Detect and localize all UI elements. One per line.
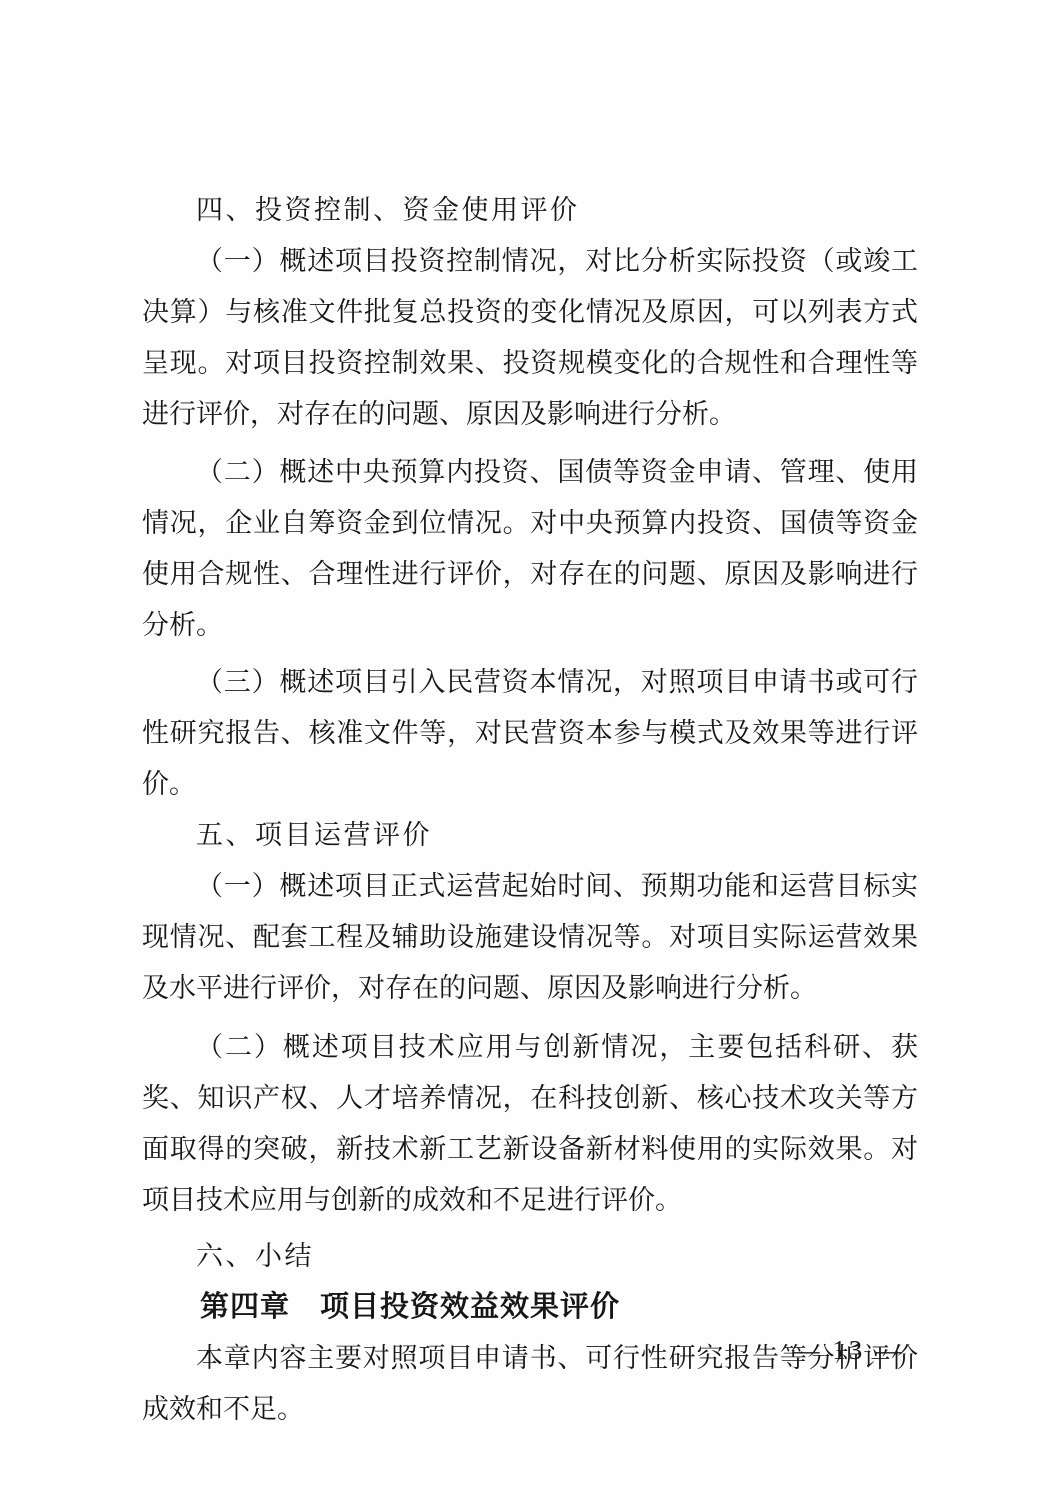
paragraph-investment-control-1: （一）概述项目投资控制情况，对比分析实际投资（或竣工决算）与核准文件批复总投资的… — [142, 236, 918, 440]
paragraph-private-capital: （三）概述项目引入民营资本情况，对照项目申请书或可行性研究报告、核准文件等，对民… — [142, 657, 918, 810]
paragraph-funds-usage: （二）概述中央预算内投资、国债等资金申请、管理、使用情况，企业自筹资金到位情况。… — [142, 447, 918, 651]
document-body: 四、投资控制、资金使用评价 （一）概述项目投资控制情况，对比分析实际投资（或竣工… — [142, 185, 918, 1435]
document-page: 四、投资控制、资金使用评价 （一）概述项目投资控制情况，对比分析实际投资（或竣工… — [0, 0, 1060, 1500]
section-heading-project-operation: 五、项目运营评价 — [142, 810, 918, 861]
section-heading-summary: 六、小结 — [142, 1231, 918, 1282]
paragraph-operation-status: （一）概述项目正式运营起始时间、预期功能和运营目标实现情况、配套工程及辅助设施建… — [142, 861, 918, 1014]
chapter-heading-benefit-evaluation: 第四章 项目投资效益效果评价 — [142, 1282, 918, 1333]
section-heading-investment-control: 四、投资控制、资金使用评价 — [142, 185, 918, 236]
page-number: — 13 — — [793, 1330, 906, 1370]
paragraph-technology-innovation: （二）概述项目技术应用与创新情况，主要包括科研、获奖、知识产权、人才培养情况，在… — [142, 1022, 918, 1226]
